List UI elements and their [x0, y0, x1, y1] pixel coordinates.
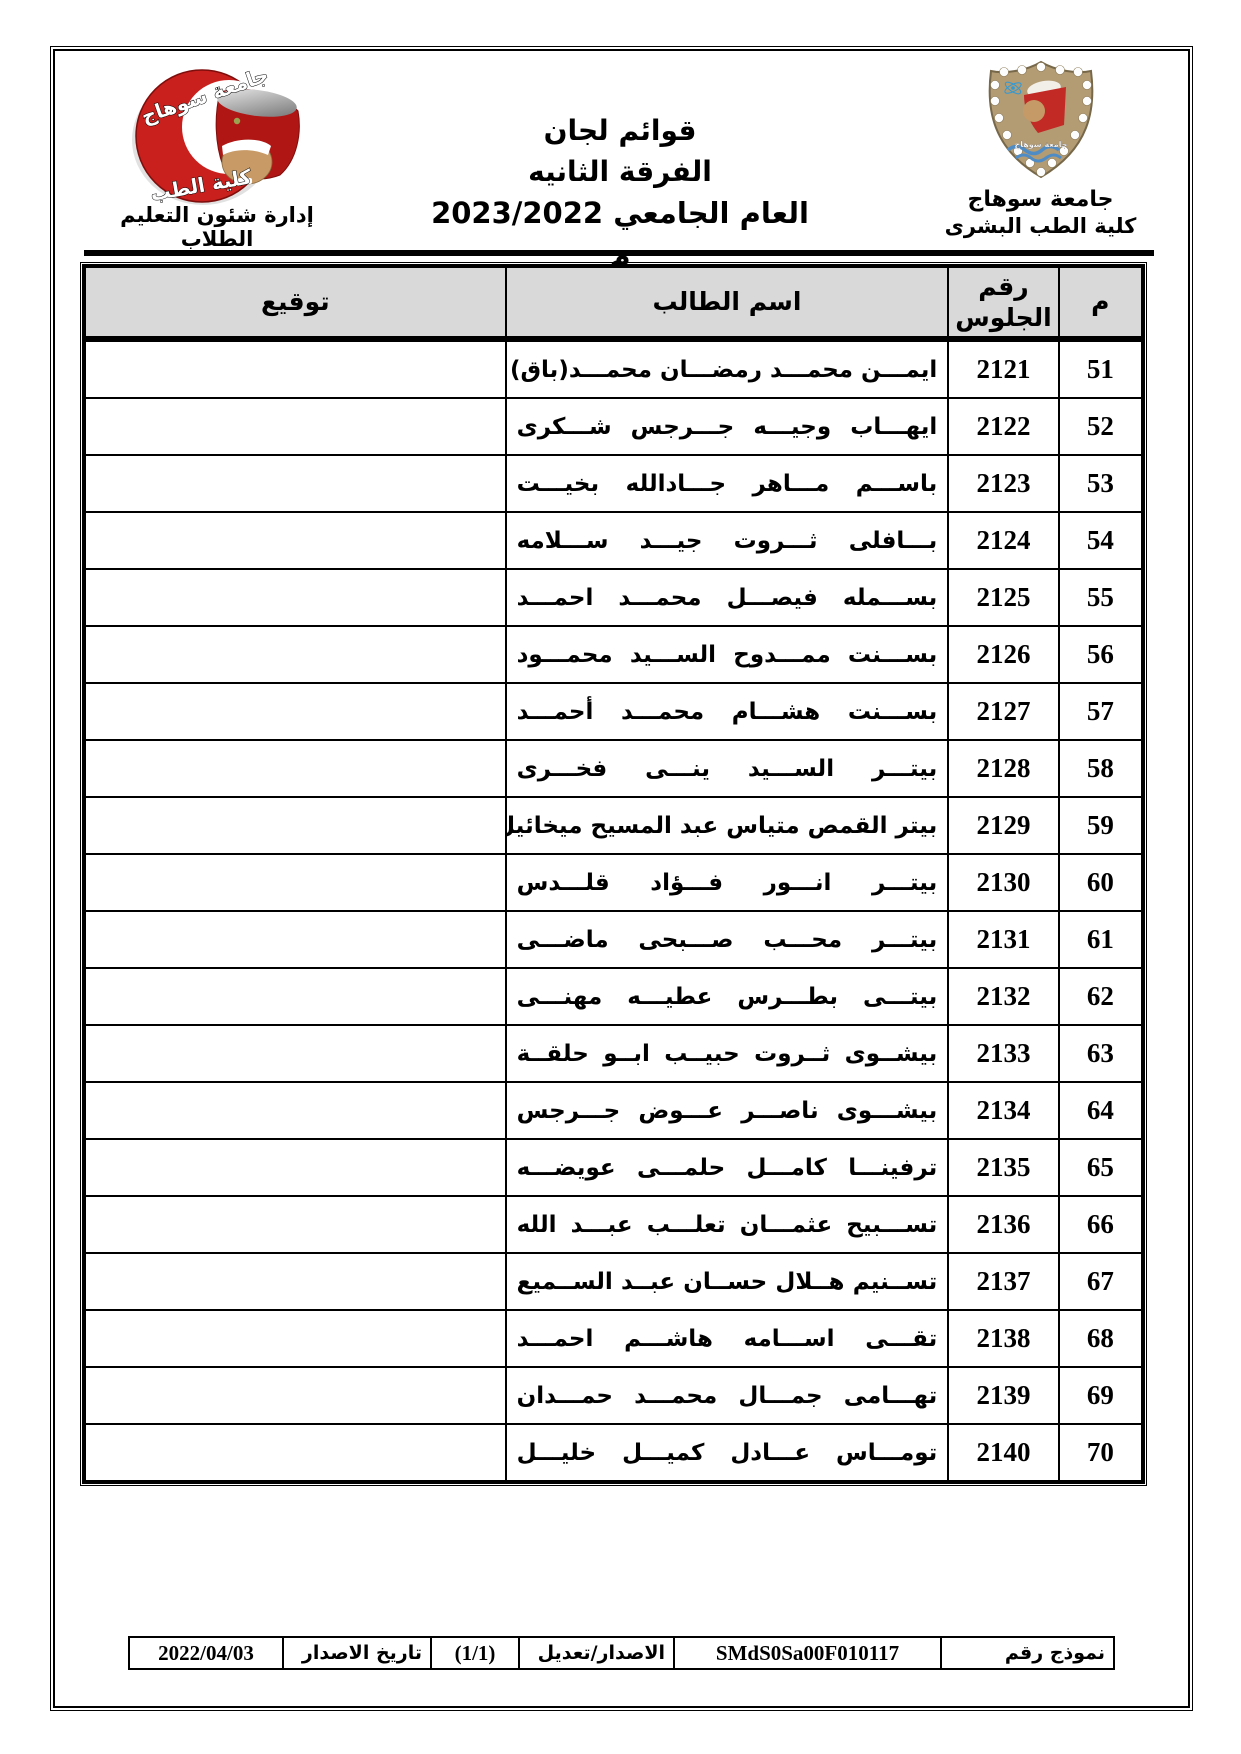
- student-name-cell: تســنيم هــلال حســان عبــد الســميع: [506, 1253, 949, 1310]
- title-second-year: الفرقة الثانيه: [420, 151, 820, 192]
- seat-number-cell: 2130: [948, 854, 1058, 911]
- seat-number-cell: 2121: [948, 339, 1058, 398]
- student-name-cell: بســـنت هشـــام محمـــد أحمـــد: [506, 683, 949, 740]
- table-row: 542124بـــافلى ثـــروت جيـــد ســـلامه: [84, 512, 1143, 569]
- table-row: 592129بيتر القمص متياس عبد المسيح ميخائي…: [84, 797, 1143, 854]
- table-row: 692139تهـــامى جمـــال محمـــد حمـــدان: [84, 1367, 1143, 1424]
- seat-number-cell: 2132: [948, 968, 1058, 1025]
- signature-cell: [84, 797, 506, 854]
- seat-number-cell: 2131: [948, 911, 1058, 968]
- seat-number-cell: 2124: [948, 512, 1058, 569]
- signature-cell: [84, 569, 506, 626]
- seat-number-cell: 2134: [948, 1082, 1058, 1139]
- student-name-cell: ايهـــاب وجيـــه جـــرجس شـــكرى: [506, 398, 949, 455]
- title-committee-lists: قوائم لجان: [420, 110, 820, 151]
- column-header-number: م: [1059, 266, 1143, 339]
- student-name-cell: بســـنت ممـــدوح الســـيد محمـــود: [506, 626, 949, 683]
- seat-number-cell: 2135: [948, 1139, 1058, 1196]
- row-number-cell: 63: [1059, 1025, 1143, 1082]
- row-number-cell: 67: [1059, 1253, 1143, 1310]
- row-number-cell: 66: [1059, 1196, 1143, 1253]
- student-education-affairs-caption: إدارة شئون التعليم الطلاب: [82, 203, 352, 251]
- sohag-university-shield-emblem-icon: جامعة سوهاج: [972, 58, 1110, 186]
- student-name-cell: ايمـــن محمـــد رمضـــان محمـــد(باق): [506, 339, 949, 398]
- form-info-row: نموذج رقم SMdS0Sa00F010117 الاصدار/تعديل…: [129, 1637, 1114, 1669]
- table-row: 512121ايمـــن محمـــد رمضـــان محمـــد(ب…: [84, 339, 1143, 398]
- signature-cell: [84, 1139, 506, 1196]
- signature-cell: [84, 339, 506, 398]
- row-number-cell: 70: [1059, 1424, 1143, 1482]
- student-name-cell: تســـبيح عثمـــان تعلـــب عبـــد الله: [506, 1196, 949, 1253]
- row-number-cell: 52: [1059, 398, 1143, 455]
- row-number-cell: 55: [1059, 569, 1143, 626]
- university-name-caption: جامعة سوهاج: [928, 186, 1153, 213]
- student-name-cell: بســـمله فيصـــل محمـــد احمـــد: [506, 569, 949, 626]
- row-number-cell: 65: [1059, 1139, 1143, 1196]
- signature-cell: [84, 1367, 506, 1424]
- table-row: 572127بســـنت هشـــام محمـــد أحمـــد: [84, 683, 1143, 740]
- row-number-cell: 58: [1059, 740, 1143, 797]
- row-number-cell: 54: [1059, 512, 1143, 569]
- issue-date-label: تاريخ الاصدار: [283, 1637, 431, 1669]
- row-number-cell: 64: [1059, 1082, 1143, 1139]
- table-row: 552125بســـمله فيصـــل محمـــد احمـــد: [84, 569, 1143, 626]
- signature-cell: [84, 854, 506, 911]
- student-name-cell: ترفينـــا كامـــل حلمـــى عويضـــه: [506, 1139, 949, 1196]
- row-number-cell: 69: [1059, 1367, 1143, 1424]
- row-number-cell: 51: [1059, 339, 1143, 398]
- signature-cell: [84, 911, 506, 968]
- seat-number-cell: 2137: [948, 1253, 1058, 1310]
- student-name-cell: بيشــوى ثــروت حبيــب ابــو حلقــة: [506, 1025, 949, 1082]
- signature-cell: [84, 1424, 506, 1482]
- row-number-cell: 59: [1059, 797, 1143, 854]
- signature-cell: [84, 1196, 506, 1253]
- row-number-cell: 68: [1059, 1310, 1143, 1367]
- seat-number-cell: 2139: [948, 1367, 1058, 1424]
- faculty-name-caption: كلية الطب البشرى: [928, 213, 1153, 240]
- student-name-cell: بيتـــى بطـــرس عطيـــه مهنـــى: [506, 968, 949, 1025]
- student-name-cell: بيتر القمص متياس عبد المسيح ميخائيل: [506, 797, 949, 854]
- form-code-value: SMdS0Sa00F010117: [674, 1637, 941, 1669]
- table-row: 562126بســـنت ممـــدوح الســـيد محمـــود: [84, 626, 1143, 683]
- table-row: 522122ايهـــاب وجيـــه جـــرجس شـــكرى: [84, 398, 1143, 455]
- student-name-cell: بيتـــر محـــب صـــبحى ماضـــى: [506, 911, 949, 968]
- student-name-cell: تقـــى اســـامه هاشـــم احمـــد: [506, 1310, 949, 1367]
- table-row: 672137تســنيم هــلال حســان عبــد الســم…: [84, 1253, 1143, 1310]
- table-row: 642134بيشـــوى ناصـــر عـــوض جـــرجس: [84, 1082, 1143, 1139]
- column-header-signature: توقيع: [84, 266, 506, 339]
- signature-cell: [84, 398, 506, 455]
- signature-cell: [84, 683, 506, 740]
- seat-number-cell: 2125: [948, 569, 1058, 626]
- form-info-table: نموذج رقم SMdS0Sa00F010117 الاصدار/تعديل…: [128, 1636, 1115, 1670]
- signature-cell: [84, 512, 506, 569]
- student-table-body: 512121ايمـــن محمـــد رمضـــان محمـــد(ب…: [84, 339, 1143, 1482]
- signature-cell: [84, 626, 506, 683]
- table-row: 532123باســـم مـــاهر جـــادالله بخيـــت: [84, 455, 1143, 512]
- issue-revision-label: الاصدار/تعديل: [519, 1637, 674, 1669]
- row-number-cell: 62: [1059, 968, 1143, 1025]
- student-name-cell: تهـــامى جمـــال محمـــد حمـــدان: [506, 1367, 949, 1424]
- issue-revision-value: (1/1): [431, 1637, 519, 1669]
- row-number-cell: 57: [1059, 683, 1143, 740]
- row-number-cell: 61: [1059, 911, 1143, 968]
- seat-number-cell: 2133: [948, 1025, 1058, 1082]
- signature-cell: [84, 455, 506, 512]
- student-name-cell: بيتـــر الســـيد ينـــى فخـــرى: [506, 740, 949, 797]
- student-name-cell: بيشـــوى ناصـــر عـــوض جـــرجس: [506, 1082, 949, 1139]
- table-row: 702140تومـــاس عـــادل كميـــل خليـــل: [84, 1424, 1143, 1482]
- seat-number-cell: 2140: [948, 1424, 1058, 1482]
- student-name-cell: باســـم مـــاهر جـــادالله بخيـــت: [506, 455, 949, 512]
- issue-date-value: 2022/04/03: [129, 1637, 283, 1669]
- student-name-cell: تومـــاس عـــادل كميـــل خليـــل: [506, 1424, 949, 1482]
- seat-number-cell: 2123: [948, 455, 1058, 512]
- signature-cell: [84, 968, 506, 1025]
- seat-number-cell: 2129: [948, 797, 1058, 854]
- column-header-seat-number: رقم الجلوس: [948, 266, 1058, 339]
- student-name-cell: بـــافلى ثـــروت جيـــد ســـلامه: [506, 512, 949, 569]
- table-row: 622132بيتـــى بطـــرس عطيـــه مهنـــى: [84, 968, 1143, 1025]
- table-row: 682138تقـــى اســـامه هاشـــم احمـــد: [84, 1310, 1143, 1367]
- seat-number-cell: 2122: [948, 398, 1058, 455]
- seat-number-cell: 2128: [948, 740, 1058, 797]
- signature-cell: [84, 1082, 506, 1139]
- table-row: 652135ترفينـــا كامـــل حلمـــى عويضـــه: [84, 1139, 1143, 1196]
- table-row: 582128بيتـــر الســـيد ينـــى فخـــرى: [84, 740, 1143, 797]
- form-number-label: نموذج رقم: [941, 1637, 1114, 1669]
- seat-number-cell: 2136: [948, 1196, 1058, 1253]
- header-divider-rule: [84, 250, 1154, 256]
- signature-cell: [84, 1253, 506, 1310]
- row-number-cell: 53: [1059, 455, 1143, 512]
- signature-cell: [84, 1025, 506, 1082]
- table-header-row: م رقم الجلوس اسم الطالب توقيع: [84, 266, 1143, 339]
- seat-number-cell: 2126: [948, 626, 1058, 683]
- shield-banner-text: جامعة سوهاج: [1014, 140, 1067, 149]
- table-row: 662136تســـبيح عثمـــان تعلـــب عبـــد ا…: [84, 1196, 1143, 1253]
- seat-number-cell: 2138: [948, 1310, 1058, 1367]
- table-row: 612131بيتـــر محـــب صـــبحى ماضـــى: [84, 911, 1143, 968]
- signature-cell: [84, 1310, 506, 1367]
- university-caption-block: جامعة سوهاج كلية الطب البشرى: [928, 186, 1153, 240]
- faculty-of-medicine-crescent-logo-icon: جامعة سوهاج كلية الطب: [110, 66, 315, 206]
- seat-number-cell: 2127: [948, 683, 1058, 740]
- table-row: 632133بيشــوى ثــروت حبيــب ابــو حلقــة: [84, 1025, 1143, 1082]
- row-number-cell: 60: [1059, 854, 1143, 911]
- signature-cell: [84, 740, 506, 797]
- student-committee-table: م رقم الجلوس اسم الطالب توقيع 512121ايمـ…: [82, 264, 1145, 1484]
- table-row: 602130بيتـــر انـــور فـــؤاد قلـــدس: [84, 854, 1143, 911]
- column-header-student-name: اسم الطالب: [506, 266, 949, 339]
- row-number-cell: 56: [1059, 626, 1143, 683]
- student-name-cell: بيتـــر انـــور فـــؤاد قلـــدس: [506, 854, 949, 911]
